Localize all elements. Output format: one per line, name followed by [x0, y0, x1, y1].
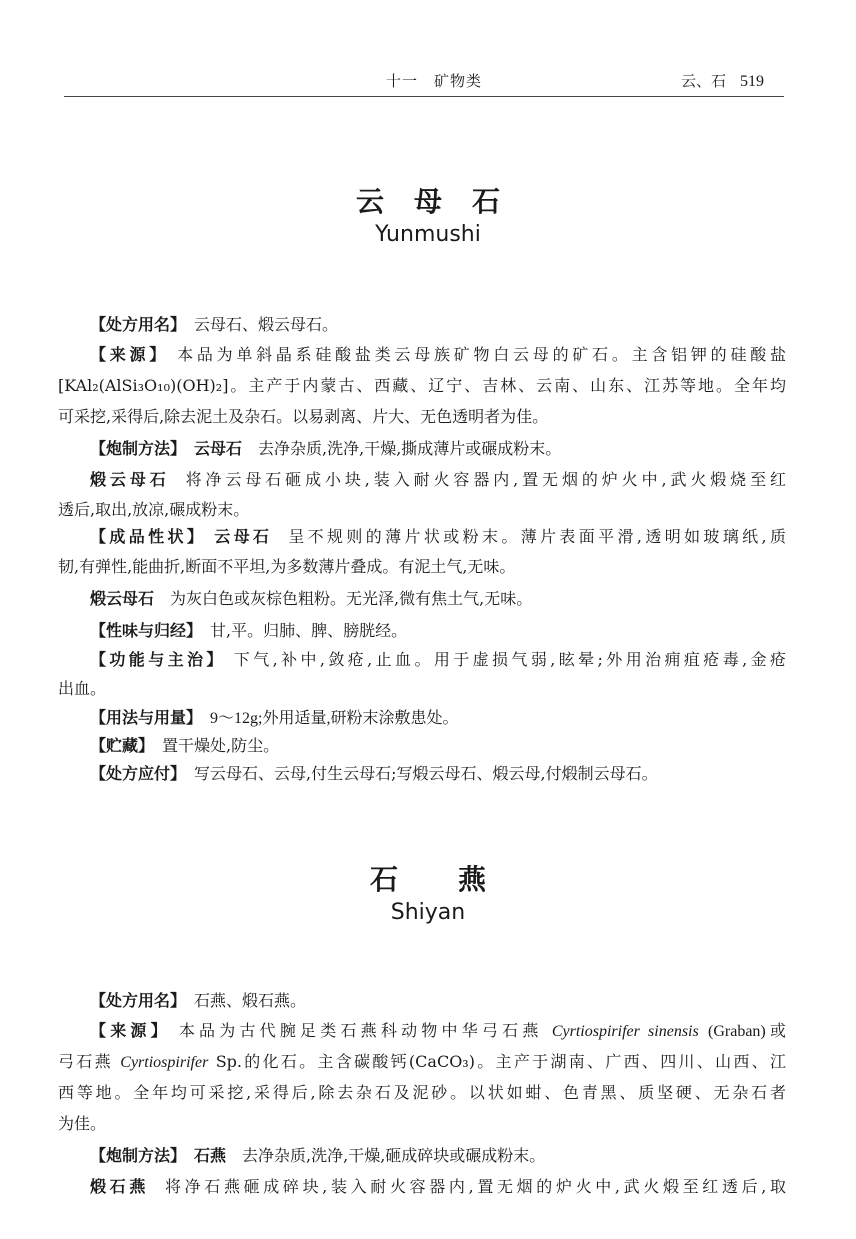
field-label: 【成品性状】 — [90, 527, 206, 546]
field-text: 写云母石、云母,付生云母石;写煅云母石、煅云母,付煅制云母石。 — [194, 764, 658, 783]
paragraph-source-cont: 为佳。 — [58, 1113, 786, 1135]
subheading: 煅石燕 — [90, 1177, 149, 1196]
field-text: 为灰白色或灰棕色粗粉。无光泽,微有焦土气,无味。 — [170, 589, 532, 608]
subheading: 煅云母石 — [90, 589, 154, 608]
field-label: 【处方用名】 — [90, 315, 186, 334]
field-text: 下气,补中,敛疮,止血。用于虚损气弱,眩晕;外用治痈疽疮毒,金疮 — [234, 650, 786, 669]
entry-title-yunmushi: 云母石 Yunmushi — [0, 180, 856, 247]
paragraph-processing-calcined: 煅云母石将净云母石砸成小块,装入耐火容器内,置无烟的炉火中,武火煅烧至红 — [90, 469, 786, 491]
field-label: 【来源】 — [90, 1021, 171, 1040]
field-label: 【功能与主治】 — [90, 650, 226, 669]
paragraph-functions-cont: 出血。 — [58, 678, 786, 700]
latin-name: Cyrtiospirifer — [120, 1054, 208, 1071]
paragraph-source-cont: 西等地。全年均可采挖,采得后,除去杂石及泥砂。以状如蚶、色青黑、质坚硬、无杂石者 — [58, 1082, 786, 1104]
paragraph-processing-calcined: 煅石燕将净石燕砸成碎块,装入耐火容器内,置无烟的炉火中,武火煅至红透后,取 — [90, 1176, 786, 1198]
field-label: 【来源】 — [90, 345, 169, 364]
paragraph-characteristics: 【成品性状】云母石呈不规则的薄片状或粉末。薄片表面平滑,透明如玻璃纸,质 — [90, 526, 786, 548]
paragraph-functions: 【功能与主治】下气,补中,敛疮,止血。用于虚损气弱,眩晕;外用治痈疽疮毒,金疮 — [90, 649, 786, 671]
latin-name: Cyrtiospirifer sinensis — [552, 1023, 699, 1040]
entry-title-pinyin: Shiyan — [0, 900, 856, 925]
field-text: 本品为古代腕足类石燕科动物中华弓石燕 — [179, 1021, 543, 1040]
field-text: 置干燥处,防尘。 — [162, 736, 279, 755]
paragraph-source-cont: 可采挖,采得后,除去泥土及杂石。以易剥离、片大、无色透明者为佳。 — [58, 406, 786, 428]
paragraph-prescription-names: 【处方用名】云母石、煅云母石。 — [90, 314, 786, 336]
paragraph-source-cont: 弓石燕 Cyrtiospirifer Sp.的化石。主含碳酸钙(CaCO₃)。主… — [58, 1051, 786, 1074]
running-head: 十一 矿物类 云、石519 — [64, 64, 784, 97]
subheading: 煅云母石 — [90, 470, 170, 489]
paragraph-source: 【来源】本品为古代腕足类石燕科动物中华弓石燕 Cyrtiospirifer si… — [90, 1020, 786, 1043]
field-label: 【用法与用量】 — [90, 708, 202, 727]
field-text: 弓石燕 — [58, 1052, 113, 1071]
paragraph-characteristics-cont: 韧,有弹性,能曲折,断面不平坦,为多数薄片叠成。有泥土气,无味。 — [58, 556, 786, 578]
paragraph-characteristics-calcined: 煅云母石为灰白色或灰棕色粗粉。无光泽,微有焦土气,无味。 — [90, 588, 786, 610]
field-label: 【炮制方法】 — [90, 1146, 186, 1165]
field-label: 【处方用名】 — [90, 991, 186, 1010]
field-text: 将净石燕砸成碎块,装入耐火容器内,置无烟的炉火中,武火煅至红透后,取 — [165, 1177, 786, 1196]
field-text: 去净杂质,洗净,干燥,撕成薄片或碾成粉末。 — [258, 439, 561, 458]
paragraph-prescription-names: 【处方用名】石燕、煅石燕。 — [90, 990, 786, 1012]
field-label: 【炮制方法】 — [90, 439, 186, 458]
book-page: 十一 矿物类 云、石519 云母石 Yunmushi 【处方用名】云母石、煅云母… — [0, 0, 856, 1239]
field-text: 将净云母石砸成小块,装入耐火容器内,置无烟的炉火中,武火煅烧至红 — [186, 470, 786, 489]
paragraph-dispensing: 【处方应付】写云母石、云母,付生云母石;写煅云母石、煅云母,付煅制云母石。 — [90, 763, 786, 785]
field-text: Sp.的化石。主含碳酸钙(CaCO₃)。主产于湖南、广西、四川、山西、江 — [216, 1052, 786, 1071]
field-text: 呈不规则的薄片状或粉末。薄片表面平滑,透明如玻璃纸,质 — [288, 527, 786, 546]
field-text: 石燕、煅石燕。 — [194, 991, 306, 1010]
page-number: 519 — [740, 73, 764, 90]
field-label: 【处方应付】 — [90, 764, 186, 783]
paragraph-nature-meridian: 【性味与归经】甘,平。归肺、脾、膀胱经。 — [90, 620, 786, 642]
entry-title-chinese: 云母石 — [30, 180, 856, 220]
entry-title-chinese: 石燕 — [60, 858, 856, 898]
field-text: 本品为单斜晶系硅酸盐类云母族矿物白云母的矿石。主含铝钾的硅酸盐 — [177, 345, 786, 364]
field-text: 云母石、煅云母石。 — [194, 315, 338, 334]
field-text: 去净杂质,洗净,干燥,砸成碎块或碾成粉末。 — [242, 1146, 545, 1165]
field-text: (Graban)或 — [708, 1023, 786, 1040]
chapter-title: 十一 矿物类 — [386, 70, 482, 91]
paragraph-processing-cont: 透后,取出,放凉,碾成粉末。 — [58, 499, 786, 521]
paragraph-processing: 【炮制方法】云母石去净杂质,洗净,干燥,撕成薄片或碾成粉末。 — [90, 438, 786, 460]
paragraph-dosage: 【用法与用量】9～12g;外用适量,研粉末涂敷患处。 — [90, 707, 786, 730]
paragraph-processing: 【炮制方法】石燕去净杂质,洗净,干燥,砸成碎块或碾成粉末。 — [90, 1145, 786, 1167]
field-text: 9～12g;外用适量,研粉末涂敷患处。 — [210, 710, 458, 727]
field-label: 【性味与归经】 — [90, 621, 202, 640]
field-label: 【贮藏】 — [90, 736, 154, 755]
section-title: 云、石 — [681, 72, 726, 90]
paragraph-source: 【来源】本品为单斜晶系硅酸盐类云母族矿物白云母的矿石。主含铝钾的硅酸盐 — [90, 344, 786, 366]
field-text: 甘,平。归肺、脾、膀胱经。 — [210, 621, 407, 640]
section-and-page: 云、石519 — [681, 70, 764, 91]
paragraph-storage: 【贮藏】置干燥处,防尘。 — [90, 735, 786, 757]
paragraph-source-cont: [KAl₂(AlSi₃O₁₀)(OH)₂]。主产于内蒙古、西藏、辽宁、吉林、云南… — [58, 375, 786, 397]
subheading: 云母石 — [214, 527, 272, 546]
entry-title-shiyan: 石燕 Shiyan — [0, 858, 856, 925]
subheading: 石燕 — [194, 1146, 226, 1165]
entry-title-pinyin: Yunmushi — [0, 222, 856, 247]
subheading: 云母石 — [194, 439, 242, 458]
